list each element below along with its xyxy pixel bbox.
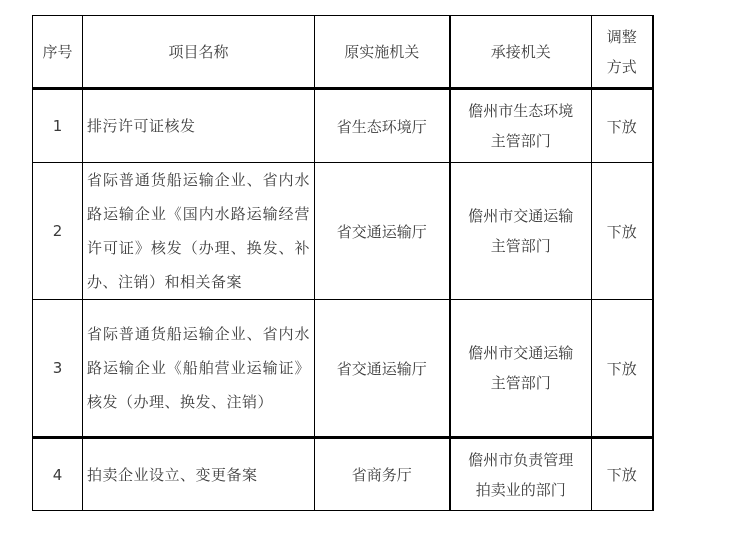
adjustment-items-table: 序号 项目名称 原实施机关 承接机关 调整 方式 1 排污许可证核发 省生态环境… [32, 15, 654, 511]
row-receiving-agency-line2: 主管部门 [455, 126, 588, 156]
row-no: 2 [33, 163, 83, 300]
table-row: 3 省际普通货船运输企业、省内水路运输企业《船舶营业运输证》核发（办理、换发、注… [33, 300, 653, 438]
row-receiving-agency: 儋州市交通运输 主管部门 [450, 163, 592, 300]
row-item-name: 排污许可证核发 [83, 89, 315, 163]
row-no: 3 [33, 300, 83, 438]
row-receiving-agency-line1: 儋州市交通运输 [455, 201, 588, 231]
row-receiving-agency: 儋州市交通运输 主管部门 [450, 300, 592, 438]
row-receiving-agency-line2: 主管部门 [455, 368, 588, 398]
row-receiving-agency-line1: 儋州市负责管理 [455, 445, 588, 475]
header-adjust-mode: 调整 方式 [592, 16, 653, 89]
table-row: 1 排污许可证核发 省生态环境厅 儋州市生态环境 主管部门 下放 [33, 89, 653, 163]
row-item-name: 省际普通货船运输企业、省内水路运输企业《国内水路运输经营许可证》核发（办理、换发… [83, 163, 315, 300]
row-original-agency: 省生态环境厅 [315, 89, 450, 163]
row-receiving-agency-line2: 拍卖业的部门 [455, 475, 588, 505]
row-original-agency: 省商务厅 [315, 438, 450, 511]
header-no: 序号 [33, 16, 83, 89]
row-item-name: 省际普通货船运输企业、省内水路运输企业《船舶营业运输证》核发（办理、换发、注销） [83, 300, 315, 438]
table-row: 2 省际普通货船运输企业、省内水路运输企业《国内水路运输经营许可证》核发（办理、… [33, 163, 653, 300]
table-row: 4 拍卖企业设立、变更备案 省商务厅 儋州市负责管理 拍卖业的部门 下放 [33, 438, 653, 511]
row-no: 1 [33, 89, 83, 163]
row-no: 4 [33, 438, 83, 511]
header-receiving-agency: 承接机关 [450, 16, 592, 89]
header-adjust-mode-line2: 方式 [596, 52, 648, 82]
header-adjust-mode-line1: 调整 [596, 22, 648, 52]
row-receiving-agency-line1: 儋州市生态环境 [455, 96, 588, 126]
row-item-name: 拍卖企业设立、变更备案 [83, 438, 315, 511]
row-adjust-mode: 下放 [592, 300, 653, 438]
header-original-agency: 原实施机关 [315, 16, 450, 89]
row-original-agency: 省交通运输厅 [315, 300, 450, 438]
row-receiving-agency-line1: 儋州市交通运输 [455, 338, 588, 368]
row-receiving-agency-line2: 主管部门 [455, 231, 588, 261]
row-receiving-agency: 儋州市生态环境 主管部门 [450, 89, 592, 163]
row-adjust-mode: 下放 [592, 163, 653, 300]
header-item-name: 项目名称 [83, 16, 315, 89]
row-original-agency: 省交通运输厅 [315, 163, 450, 300]
table-header-row: 序号 项目名称 原实施机关 承接机关 调整 方式 [33, 16, 653, 89]
row-adjust-mode: 下放 [592, 438, 653, 511]
row-receiving-agency: 儋州市负责管理 拍卖业的部门 [450, 438, 592, 511]
row-adjust-mode: 下放 [592, 89, 653, 163]
